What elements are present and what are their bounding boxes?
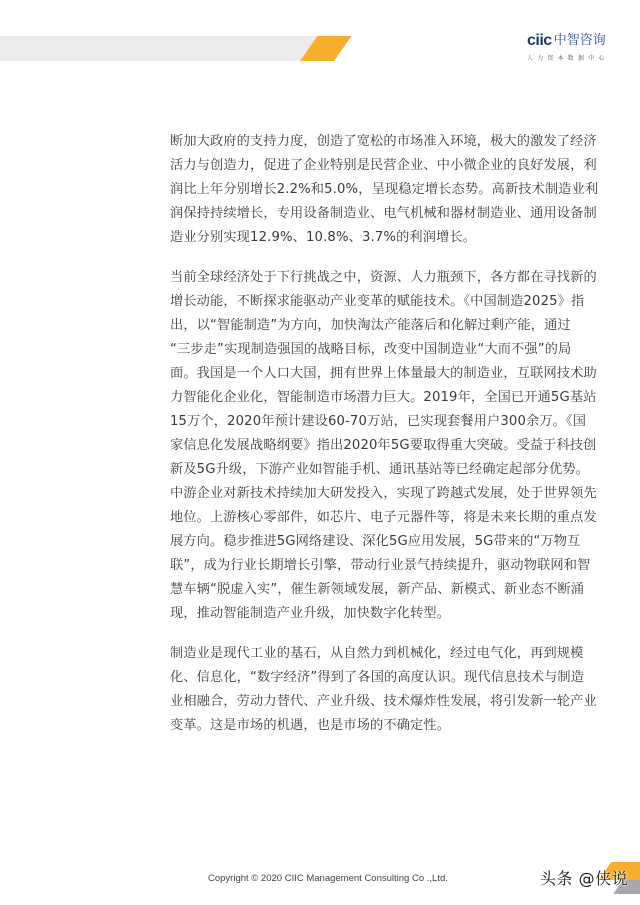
text-line: 活力与创造力，促进了企业特别是民营企业、中小微企业的良好发展，利 — [170, 154, 472, 178]
text-line: 出，以“智能制造”为方向，加快淘汰产能落后和化解过剩产能，通过 — [170, 314, 472, 338]
copyright-text: Copyright © 2020 CIIC Management Consult… — [208, 873, 448, 884]
page-header: ciic 中智咨询 人力资本数据中心 — [0, 0, 640, 80]
text-line: 化、信息化，“数字经济”得到了各国的高度认识。现代信息技术与制造 — [170, 666, 472, 690]
text-line: 润保持持续增长，专用设备制造业、电气机械和器材制造业、通用设备制 — [170, 202, 472, 226]
paragraph-3: 制造业是现代工业的基石，从自然力到机械化，经过电气化，再到规模 化、信息化，“数… — [170, 642, 472, 738]
text-line: 地位。上游核心零部件，如芯片、电子元器件等，将是未来长期的重点发 — [170, 506, 472, 530]
ciic-logo: ciic 中智咨询 人力资本数据中心 — [527, 33, 627, 62]
text-line: 新及5G升级，下游产业如智能手机、通讯基站等已经确定起部分优势。 — [170, 458, 472, 482]
text-line: 中游企业对新技术持续加大研发投入，实现了跨越式发展，处于世界领先 — [170, 482, 472, 506]
text-line: 现，推动智能制造产业升级，加快数字化转型。 — [170, 602, 472, 626]
text-line: 制造业是现代工业的基石，从自然力到机械化，经过电气化，再到规模 — [170, 642, 472, 666]
text-line: 家信息化发展战略纲要》指出2020年5G要取得重大突破。受益于科技创 — [170, 434, 472, 458]
logo-company-name: 中智咨询 — [554, 33, 606, 49]
document-body: 断加大政府的支持力度，创造了宽松的市场准入环境，极大的激发了经济 活力与创造力，… — [170, 130, 472, 738]
text-line: 业相融合，劳动力替代、产业升级、技术爆炸性发展，将引发新一轮产业 — [170, 690, 472, 714]
text-line: 润比上年分别增长2.2%和5.0%，呈现稳定增长态势。高新技术制造业利 — [170, 178, 472, 202]
text-line: 展方向。稳步推进5G网络建设、深化5G应用发展，5G带来的“万物互 — [170, 530, 472, 554]
text-line: 面。我国是一个人口大国，拥有世界上体量最大的制造业，互联网技术助 — [170, 362, 472, 386]
paragraph-2: 当前全球经济处于下行挑战之中，资源、人力瓶颈下，各方都在寻找新的 增长动能，不断… — [170, 266, 472, 626]
text-line: 当前全球经济处于下行挑战之中，资源、人力瓶颈下，各方都在寻找新的 — [170, 266, 472, 290]
text-line: 15万个，2020年预计建设60-70万站，已实现套餐用户300余万。《国 — [170, 410, 472, 434]
text-line: 变革。这是市场的机遇，也是市场的不确定性。 — [170, 714, 472, 738]
text-line: 断加大政府的支持力度，创造了宽松的市场准入环境，极大的激发了经济 — [170, 130, 472, 154]
paragraph-1: 断加大政府的支持力度，创造了宽松的市场准入环境，极大的激发了经济 活力与创造力，… — [170, 130, 472, 250]
text-line: 增长动能，不断探求能驱动产业变革的赋能技术。《中国制造2025》指 — [170, 290, 472, 314]
text-line: 联”，成为行业长期增长引擎，带动行业景气持续提升，驱动物联网和智 — [170, 554, 472, 578]
header-gray-bar — [0, 36, 318, 61]
logo-subtitle: 人力资本数据中心 — [527, 53, 627, 62]
text-line: 慧车辆“脱虚入实”，催生新领域发展，新产品、新模式、新业态不断涌 — [170, 578, 472, 602]
text-line: 造业分别实现12.9%、10.8%、3.7%的利润增长。 — [170, 226, 472, 250]
text-line: 力智能化企业化，智能制造市场潜力巨大。2019年，全国已开通5G基站 — [170, 386, 472, 410]
watermark-text: 头条 @侠说 — [540, 866, 628, 889]
logo-mark: ciic — [527, 33, 552, 49]
text-line: “三步走”实现制造强国的战略目标，改变中国制造业“大而不强”的局 — [170, 338, 472, 362]
